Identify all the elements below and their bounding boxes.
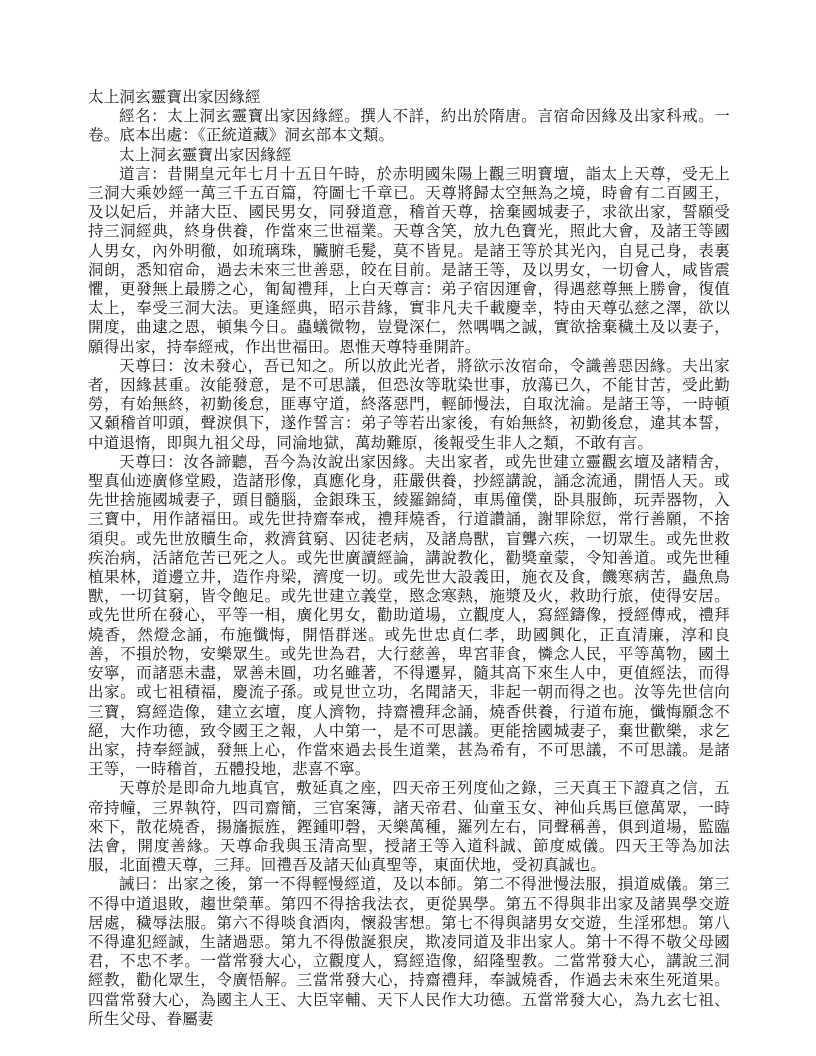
paragraph: 太上洞玄靈寶出家因緣經 xyxy=(88,146,730,165)
paragraph: 經名：太上洞玄靈寶出家因緣經。撰人不詳，約出於隋唐。言宿命因緣及出家科戒。一卷。… xyxy=(88,107,730,145)
text-column: 太上洞玄靈寶出家因緣經經名：太上洞玄靈寶出家因緣經。撰人不詳，約出於隋唐。言宿命… xyxy=(88,88,730,1029)
paragraph: 誡曰：出家之後，第一不得輕慢經道，及以本師。第二不得泄慢法服，損道威儀。第三不得… xyxy=(88,875,730,1029)
paragraph: 道言：昔開皇元年七月十五日午時，於赤明國朱陽上觀三明寶壇，詣太上天尊，受无上三洞… xyxy=(88,165,730,357)
paragraph: 天尊曰：汝未發心，吾已知之。所以放此光者，將欲示汝宿命，令識善惡因緣。夫出家者，… xyxy=(88,357,730,453)
paragraph: 天尊曰：汝各諦聽，吾今為汝說出家因緣。夫出家者，或先世建立靈觀玄壇及諸精舍，聖真… xyxy=(88,453,730,779)
document-title: 太上洞玄靈寶出家因緣經 xyxy=(88,88,730,107)
paragraph: 天尊於是即命九地真官，敷延真之座，四天帝王列度仙之錄，三天真王下證真之信，五帝持… xyxy=(88,779,730,875)
document-page: 太上洞玄靈寶出家因緣經經名：太上洞玄靈寶出家因緣經。撰人不詳，約出於隋唐。言宿命… xyxy=(0,0,816,1056)
